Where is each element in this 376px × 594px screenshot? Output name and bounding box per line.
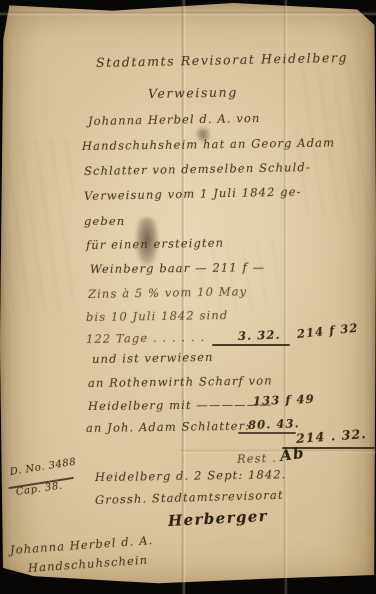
body-line: Johanna Herbel d. A. von — [88, 111, 261, 128]
assignment-line: Heidelberg mit —————— — [88, 397, 272, 413]
dateline: Heidelberg d. 2 Sept: 1842. — [95, 467, 287, 484]
body-line: geben — [84, 214, 125, 228]
photo-of-document: Stadtamts Revisorat Heidelberg Verweisun… — [0, 0, 376, 594]
amount-tage: 3. 32. — [238, 328, 281, 343]
assignment-line: an Rothenwirth Scharf von — [88, 373, 273, 390]
body-line: 122 Tage . . . . . . — [86, 330, 206, 346]
body-line: Weinberg baar — 211 f — — [90, 260, 265, 276]
sum-underline — [212, 344, 290, 346]
body-line: bis 10 Juli 1842 sind — [86, 308, 228, 324]
body-line: für einen ersteigten — [86, 236, 224, 252]
assignment-line: und ist verwiesen — [92, 350, 214, 366]
amount-mit: 133 f 49 — [253, 392, 315, 408]
rest-label: Rest . — [237, 451, 277, 466]
amount-schlatter: 80. 43. — [248, 416, 300, 432]
body-line: Zins à 5 % vom 10 May — [88, 284, 247, 301]
assignment-line: an Joh. Adam Schlatter: — [86, 419, 250, 435]
amount-underline — [238, 432, 296, 434]
title-subject-line: Verweisung — [148, 84, 238, 101]
rest-flourish: Ab — [279, 444, 306, 465]
